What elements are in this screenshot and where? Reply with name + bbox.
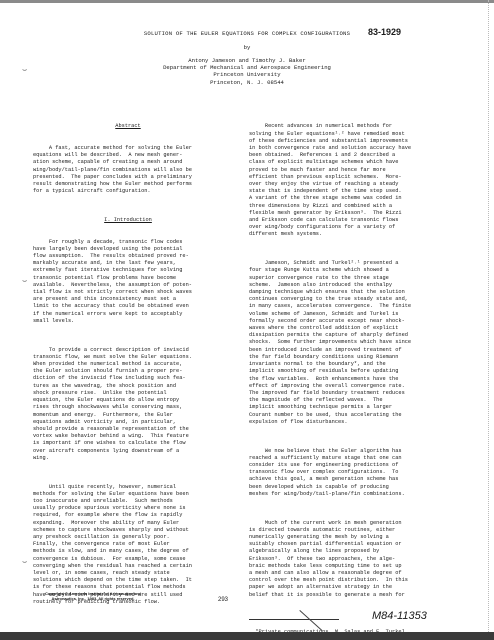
paragraph: For roughly a decade, transonic flow cod… [33,239,233,325]
right-column: Recent advances in numerical methods for… [249,109,449,637]
paper-id: 83-1929 [368,27,401,37]
address: Princeton, N. J. 08544 [0,79,494,86]
punch-mark-icon: ⌣ [22,558,27,567]
department: Department of Mechanical and Aerospace E… [0,64,494,71]
accession-number: M84-11353 [372,610,427,622]
paper-title: SOLUTION OF THE EULER EQUATIONS FOR COMP… [0,30,494,37]
scan-top-edge [0,0,494,3]
scan-bottom-edge [0,632,494,640]
punch-mark-icon: ⌣ [22,277,27,286]
paragraph: Until quite recently, however, numerical… [33,484,233,606]
left-column: Abstract A fast, accurate method for sol… [33,109,233,620]
paragraph: Much of the current work in mesh generat… [249,520,449,599]
paragraph: To provide a correct description of invi… [33,347,233,462]
copyright-line: Astronautics, Inc., 1983. All rights res… [33,596,153,601]
copyright-notice: Copyright © American Institute of Aerona… [33,591,153,601]
abstract-heading: Abstract [33,123,223,130]
byline: by [0,44,494,51]
abstract-text: A fast, accurate method for solving the … [33,145,233,195]
punch-mark-icon: ⌣ [22,66,27,75]
university: Princeton University [0,71,494,78]
paragraph: Recent advances in numerical methods for… [249,123,449,238]
authors: Antony Jameson and Timothy J. Baker [0,57,494,64]
scan-right-edge [488,0,491,640]
paragraph: We now believe that the Euler algorithm … [249,448,449,498]
author-block: Antony Jameson and Timothy J. Baker Depa… [0,57,494,86]
paragraph: Jameson, Schmidt and Turkel²˒¹ presented… [249,260,449,426]
page-number: 293 [218,597,228,603]
intro-heading: I. Introduction [33,217,223,224]
footnote-divider [249,619,339,620]
